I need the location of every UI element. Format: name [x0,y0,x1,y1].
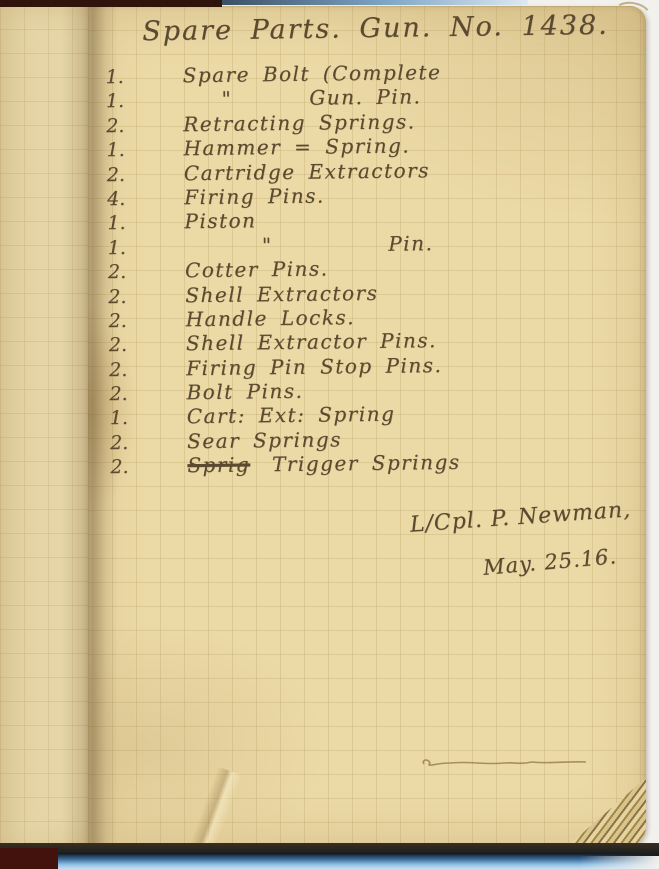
quantity: 2. [102,455,187,478]
quantity: 2. [101,358,186,381]
page-title: Spare Parts. Gun. No. 1438. [138,10,613,48]
parts-list: 1. Spare Bolt (Complete 1. " Gun. Pin. 2… [97,58,632,479]
scan-edge-top [222,0,528,5]
faint-pen-mark [420,755,590,771]
quantity: 2. [102,431,187,454]
scan-edge-bottom [0,853,659,869]
quantity: 2. [101,382,186,405]
quantity: 4. [99,187,184,210]
quantity: 1. [102,407,187,430]
quantity: 1. [98,65,183,88]
quantity: 2. [98,114,183,137]
facing-page [0,5,100,850]
quantity: 1. [100,236,185,259]
scanned-notebook-photo: Spare Parts. Gun. No. 1438. 1. Spare Bol… [0,0,659,869]
quantity: 1. [98,90,183,113]
quantity: 2. [99,163,184,186]
quantity: 2. [101,333,186,356]
quantity: 2. [100,309,185,332]
notebook-cover-corner [0,848,58,869]
notebook-cover-edge [0,0,222,7]
quantity: 1. [98,138,183,161]
quantity: 2. [100,260,185,283]
quantity: 1. [99,212,184,235]
description: Sprig Trigger Springs [187,448,632,477]
quantity: 2. [100,285,185,308]
